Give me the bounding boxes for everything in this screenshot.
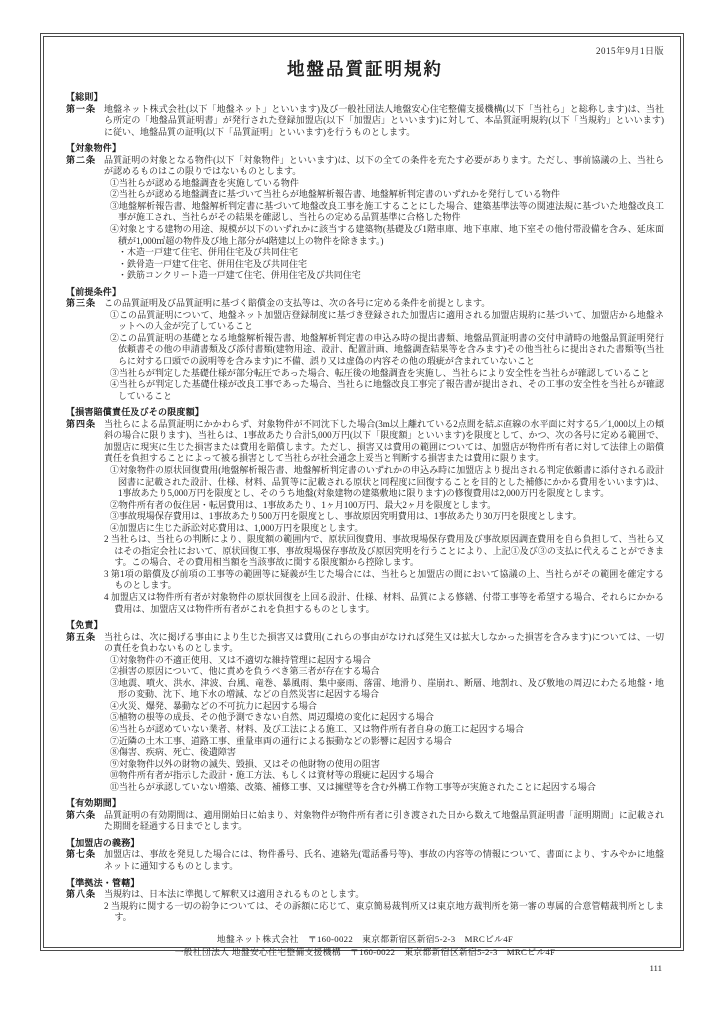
- article-body: 品質証明の有効期間は、適用開始日に始まり、対象物件が物件所有者に引き渡された日か…: [104, 810, 664, 833]
- paragraph: 品質証明の有効期間は、適用開始日に始まり、対象物件が物件所有者に引き渡された日か…: [104, 810, 664, 833]
- article: 第一条地盤ネット株式会社(以下「地盤ネット」といいます)及び一般社団法人地盤安心…: [66, 104, 664, 139]
- paragraph: 3 第1項の賠償及び前項の工事等の範囲等に疑義が生じた場合には、当社らと加盟店の…: [104, 569, 664, 592]
- paragraph: ⑪当社らが承認していない増築、改築、補修工事、又は擁壁等を含む外構工作物工事等が…: [104, 782, 664, 794]
- paragraph: ・木造一戸建て住宅、併用住宅及び共同住宅: [104, 247, 664, 259]
- paragraph: ・鉄筋コンクリート造一戸建て住宅、併用住宅及び共同住宅: [104, 270, 664, 282]
- paragraph: ①この品質証明について、地盤ネット加盟店登録制度に基づき登録された加盟店に適用さ…: [104, 310, 664, 333]
- section-heading: 【損害賠償責任及びその限度額】: [66, 407, 664, 419]
- article-body: 当社らによる品質証明にかかわらず、対象物件が不同沈下した場合(3m以上離れている…: [104, 419, 664, 615]
- paragraph: ③当社らが判定した基礎仕様が部分転圧であった場合、転圧後の地盤調査を実施し、当社…: [104, 368, 664, 380]
- article-label: 第七条: [66, 849, 104, 861]
- section-heading: 【総則】: [66, 92, 664, 104]
- paragraph: ⑦近隣の土木工事、道路工事、重量車両の通行による振動などの影響に起因する場合: [104, 736, 664, 748]
- article-label: 第六条: [66, 810, 104, 822]
- paragraph: ②損害の原因について、他に責めを負うべき第三者が存在する場合: [104, 666, 664, 678]
- article-label: 第四条: [66, 419, 104, 431]
- article-label: 第八条: [66, 889, 104, 901]
- paragraph: 4 加盟店又は物件所有者が対象物件の原状回復を上回る設計、仕様、材料、品質による…: [104, 592, 664, 615]
- paragraph: ④当社らが判定した基礎仕様が改良工事であった場合、当社らに地盤改良工事完了報告書…: [104, 379, 664, 402]
- article-label: 第一条: [66, 104, 104, 116]
- paragraph: ②この品質証明の基礎となる地盤解析報告書、地盤解析判定書の申込み時の提出書類、地…: [104, 333, 664, 368]
- paragraph: 当規約は、日本法に準拠して解釈又は適用されるものとします。: [104, 889, 664, 901]
- paragraph: ⑩物件所有者が指示した設計・施工方法、もしくは資材等の瑕疵に起因する場合: [104, 770, 664, 782]
- paragraph: ④対象とする建物の用途、規模が以下のいずれかに該当する建築物(基礎及び1階車庫、…: [104, 224, 664, 247]
- paragraph: ③地震、噴火、洪水、津波、台風、竜巻、暴風雨、集中豪雨、落雷、地滑り、崖崩れ、断…: [104, 678, 664, 701]
- paragraph: ⑧傷害、疾病、死亡、後遺障害: [104, 747, 664, 759]
- paragraph: ①対象物件の原状回復費用(地盤解析報告書、地盤解析判定書のいずれかの申込み時に加…: [104, 465, 664, 500]
- article-label: 第三条: [66, 298, 104, 310]
- paragraph: ⑥当社らが認めていない業者、材料、及び工法による施工、又は物件所有者自身の施工に…: [104, 724, 664, 736]
- document-page: 2015年9月1日版 地盤品質証明規約 【総則】第一条地盤ネット株式会社(以下「…: [0, 0, 724, 1024]
- paragraph: ⑤植物の根等の成長、その他予測できない自然、周辺環境の変化に起因する場合: [104, 712, 664, 724]
- paragraph: ④火災、爆発、暴動などの不可抗力に起因する場合: [104, 701, 664, 713]
- section-heading: 【免責】: [66, 620, 664, 632]
- paragraph: ②物件所有者の仮住居・転居費用は、1事故あたり、1ヶ月100万円、最大2ヶ月を限…: [104, 500, 664, 512]
- page-border-inner: 2015年9月1日版 地盤品質証明規約 【総則】第一条地盤ネット株式会社(以下「…: [43, 36, 681, 948]
- paragraph: 当社らによる品質証明にかかわらず、対象物件が不同沈下した場合(3m以上離れている…: [104, 419, 664, 465]
- section-heading: 【準拠法・管轄】: [66, 878, 664, 890]
- paragraph: ・鉄骨造一戸建て住宅、併用住宅及び共同住宅: [104, 259, 664, 271]
- article: 第二条品質証明の対象となる物件(以下「対象物件」といいます)は、以下の全ての条件…: [66, 155, 664, 282]
- paragraph: 品質証明の対象となる物件(以下「対象物件」といいます)は、以下の全ての条件を充た…: [104, 155, 664, 178]
- paragraph: ④加盟店に生じた訴訟対応費用は、1,000万円を限度とします。: [104, 523, 664, 535]
- footer-line-company: 地盤ネット株式会社 〒160-0022 東京都新宿区新宿5-2-3 MRCビル4…: [66, 933, 664, 947]
- article-body: 当規約は、日本法に準拠して解釈又は適用されるものとします。2 当規約に関する一切…: [104, 889, 664, 924]
- section-heading: 【有効期間】: [66, 798, 664, 810]
- paragraph: ③地盤解析報告書、地盤解析判定書に基づいて地盤改良工事を施工することにした場合、…: [104, 201, 664, 224]
- page-number: 111: [66, 963, 664, 974]
- page-border-frame: 2015年9月1日版 地盤品質証明規約 【総則】第一条地盤ネット株式会社(以下「…: [40, 33, 684, 951]
- paragraph: 2 当規約に関する一切の紛争については、その訴額に応じて、東京簡易裁判所又は東京…: [104, 901, 664, 924]
- article: 第四条当社らによる品質証明にかかわらず、対象物件が不同沈下した場合(3m以上離れ…: [66, 419, 664, 615]
- article: 第七条加盟店は、事故を発見した場合には、物件番号、氏名、連絡先(電話番号等)、事…: [66, 849, 664, 872]
- version-date: 2015年9月1日版: [66, 45, 664, 57]
- paragraph: ①対象物件の不適正使用、又は不適切な維持管理に起因する場合: [104, 655, 664, 667]
- article: 第八条当規約は、日本法に準拠して解釈又は適用されるものとします。2 当規約に関す…: [66, 889, 664, 924]
- paragraph: 当社らは、次に掲げる事由により生じた損害又は費用(これらの事由がなければ発生又は…: [104, 632, 664, 655]
- paragraph: この品質証明及び品質証明に基づく賠償金の支払等は、次の各号に定める条件を前提とし…: [104, 298, 664, 310]
- section-heading: 【加盟店の義務】: [66, 838, 664, 850]
- footer: 地盤ネット株式会社 〒160-0022 東京都新宿区新宿5-2-3 MRCビル4…: [66, 933, 664, 960]
- article-label: 第二条: [66, 155, 104, 167]
- paragraph: ②当社らが認める地盤調査に基づいて当社らが地盤解析報告書、地盤解析判定書のいずれ…: [104, 189, 664, 201]
- article-body: 加盟店は、事故を発見した場合には、物件番号、氏名、連絡先(電話番号等)、事故の内…: [104, 849, 664, 872]
- page-title: 地盤品質証明規約: [66, 58, 664, 80]
- footer-line-association: 一般社団法人 地盤安心住宅整備支援機構 〒160-0022 東京都新宿区新宿5-…: [66, 946, 664, 960]
- paragraph: 2 当社らは、当社らの判断により、限度額の範囲内で、原状回復費用、事故現場保存費…: [104, 534, 664, 569]
- section-heading: 【対象物件】: [66, 143, 664, 155]
- article: 第三条この品質証明及び品質証明に基づく賠償金の支払等は、次の各号に定める条件を前…: [66, 298, 664, 402]
- paragraph: ③事故現場保存費用は、1事故あたり500万円を限度とし、事故原因究明費用は、1事…: [104, 511, 664, 523]
- paragraph: ⑨対象物件以外の財物の滅失、毀損、又はその他財物の使用の阻害: [104, 759, 664, 771]
- paragraph: ①当社らが認める地盤調査を実施している物件: [104, 178, 664, 190]
- article-label: 第五条: [66, 632, 104, 644]
- document-sections: 【総則】第一条地盤ネット株式会社(以下「地盤ネット」といいます)及び一般社団法人…: [66, 87, 664, 924]
- article-body: この品質証明及び品質証明に基づく賠償金の支払等は、次の各号に定める条件を前提とし…: [104, 298, 664, 402]
- article: 第五条当社らは、次に掲げる事由により生じた損害又は費用(これらの事由がなければ発…: [66, 632, 664, 794]
- article-body: 品質証明の対象となる物件(以下「対象物件」といいます)は、以下の全ての条件を充た…: [104, 155, 664, 282]
- article: 第六条品質証明の有効期間は、適用開始日に始まり、対象物件が物件所有者に引き渡され…: [66, 810, 664, 833]
- section-heading: 【前提条件】: [66, 287, 664, 299]
- paragraph: 地盤ネット株式会社(以下「地盤ネット」といいます)及び一般社団法人地盤安心住宅整…: [104, 104, 664, 139]
- paragraph: 加盟店は、事故を発見した場合には、物件番号、氏名、連絡先(電話番号等)、事故の内…: [104, 849, 664, 872]
- article-body: 地盤ネット株式会社(以下「地盤ネット」といいます)及び一般社団法人地盤安心住宅整…: [104, 104, 664, 139]
- article-body: 当社らは、次に掲げる事由により生じた損害又は費用(これらの事由がなければ発生又は…: [104, 632, 664, 794]
